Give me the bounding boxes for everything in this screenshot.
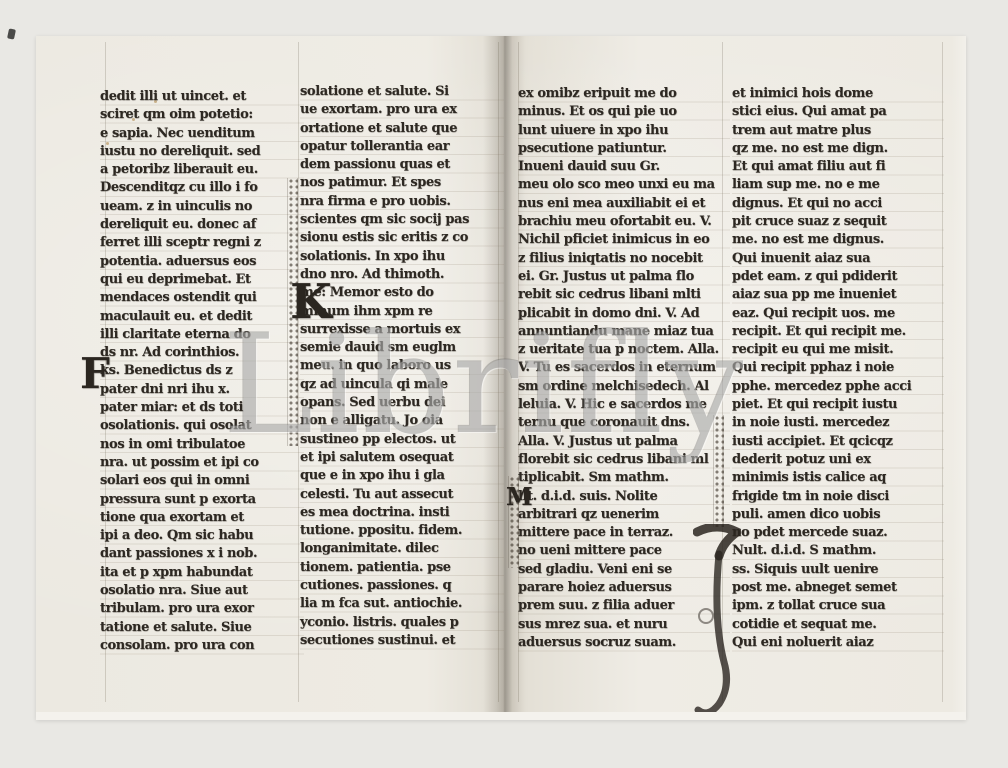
manuscript-text-line: pdet eam. z qui pdiderit bbox=[732, 268, 944, 286]
manuscript-text-line: ue exortam. pro ura ex bbox=[300, 101, 504, 119]
manuscript-text-line: ex omibz eripuit me do bbox=[518, 85, 730, 103]
manuscript-text-line: me. no est me dignus. bbox=[732, 231, 944, 249]
manuscript-text-line: Nult. d.i.d. S mathm. bbox=[732, 542, 944, 560]
manuscript-text-line: ipm. z tollat cruce sua bbox=[732, 597, 944, 615]
manuscript-text-line: non e alligatu. Jo oia bbox=[300, 412, 504, 430]
manuscript-text-line: meu. in quo laboro us bbox=[300, 357, 504, 375]
manuscript-text-line: que e in xpo ihu i gla bbox=[300, 467, 504, 485]
manuscript-text-line: ss. Siquis uult uenire bbox=[732, 561, 944, 579]
penwork-chain bbox=[713, 415, 724, 527]
manuscript-text-line: rebit sic cedrus libani mlti bbox=[518, 286, 730, 304]
manuscript-text-line: solatione et salute. Si bbox=[300, 83, 504, 101]
manuscript-text-line: nra. ut possim et ipi co bbox=[100, 454, 304, 472]
manuscript-text-line: dedit illi ut uincet. et bbox=[100, 88, 304, 106]
manuscript-text-line: plicabit in domo dni. V. Ad bbox=[518, 305, 730, 323]
manuscript-text-line: llt. d.i.d. suis. Nolite bbox=[518, 488, 730, 506]
manuscript-text-line: tiplicabit. Sm mathm. bbox=[518, 469, 730, 487]
manuscript-text-line: post me. abneget semet bbox=[732, 579, 944, 597]
text-column-2: solatione et salute. Siue exortam. pro u… bbox=[300, 83, 504, 650]
manuscript-text-line: nra firma e pro uobis. bbox=[300, 193, 504, 211]
manuscript-text-line: Et qui amat filiu aut fi bbox=[732, 158, 944, 176]
manuscript-text-line: ei. Gr. Justus ut palma flo bbox=[518, 268, 730, 286]
manuscript-text-line: scientes qm sic socij pas bbox=[300, 211, 504, 229]
border-speck bbox=[7, 28, 16, 39]
manuscript-text-line: iustu no dereliquit. sed bbox=[100, 143, 304, 161]
manuscript-text-line: opatur tollerantia ear bbox=[300, 138, 504, 156]
manuscript-text-line: psecutione patiuntur. bbox=[518, 140, 730, 158]
illuminated-initial-M: M bbox=[506, 486, 533, 508]
manuscript-text-line: semie dauid sm euglm bbox=[300, 339, 504, 357]
manuscript-text-line: sionu estis sic eritis z co bbox=[300, 229, 504, 247]
manuscript-text-line: no pdet mercede suaz. bbox=[732, 524, 944, 542]
manuscript-text-line: osolatio nra. Siue aut bbox=[100, 582, 304, 600]
manuscript-text-line: eaz. Qui recipit uos. me bbox=[732, 305, 944, 323]
text-column-1: dedit illi ut uincet. etsciret qm oim po… bbox=[100, 88, 304, 655]
manuscript-text-line: ternu que coronauit dns. bbox=[518, 414, 730, 432]
manuscript-text-line: florebit sic cedrus libani ml bbox=[518, 451, 730, 469]
manuscript-text-line: minus. Et os qui pie uo bbox=[518, 103, 730, 121]
manuscript-text-line: tatione et salute. Siue bbox=[100, 619, 304, 637]
manuscript-text-line: ferret illi sceptr regni z bbox=[100, 234, 304, 252]
manuscript-text-line: qz me. no est me dign. bbox=[732, 140, 944, 158]
manuscript-text-line: lia m fca sut. antiochie. bbox=[300, 595, 504, 613]
manuscript-text-line: sciret qm oim potetio: bbox=[100, 106, 304, 124]
manuscript-text-line: maculauit eu. et dedit bbox=[100, 308, 304, 326]
manuscript-text-line: solari eos qui in omni bbox=[100, 472, 304, 490]
manuscript-text-line: opans. Sed uerbu dei bbox=[300, 394, 504, 412]
manuscript-text-line: recipit. Et qui recipit me. bbox=[732, 323, 944, 341]
manuscript-photo: dedit illi ut uincet. etsciret qm oim po… bbox=[36, 36, 966, 720]
manuscript-text-line: tione qua exortam et bbox=[100, 509, 304, 527]
manuscript-text-line: tutione. ppositu. fidem. bbox=[300, 522, 504, 540]
manuscript-text-line: mendaces ostendit qui bbox=[100, 289, 304, 307]
manuscript-text-line: dederit potuz uni ex bbox=[732, 451, 944, 469]
manuscript-text-line: es mea doctrina. insti bbox=[300, 504, 504, 522]
manuscript-text-line: iusti accipiet. Et qcicqz bbox=[732, 433, 944, 451]
manuscript-text-line: Qui recipit pphaz i noie bbox=[732, 359, 944, 377]
manuscript-text-line: dant passiones x i nob. bbox=[100, 545, 304, 563]
manuscript-text-line: pater miar: et ds toti bbox=[100, 399, 304, 417]
manuscript-text-line: ds nr. Ad corinthios. bbox=[100, 344, 304, 362]
manuscript-text-line: a petoribz liberauit eu. bbox=[100, 161, 304, 179]
manuscript-text-line: sustineo pp electos. ut bbox=[300, 431, 504, 449]
manuscript-text-line: tribulam. pro ura exor bbox=[100, 600, 304, 618]
manuscript-text-line: et ipi salutem osequat bbox=[300, 449, 504, 467]
manuscript-text-line: pressura sunt p exorta bbox=[100, 491, 304, 509]
manuscript-text-line: ita et p xpm habundat bbox=[100, 564, 304, 582]
manuscript-text-line: ipi a deo. Qm sic habu bbox=[100, 527, 304, 545]
manuscript-text-line: yconio. listris. quales p bbox=[300, 614, 504, 632]
manuscript-text-line: consolam. pro ura con bbox=[100, 637, 304, 655]
manuscript-text-line: et inimici hois dome bbox=[732, 85, 944, 103]
manuscript-text-line: Inueni dauid suu Gr. bbox=[518, 158, 730, 176]
manuscript-text-line: z ueritate tua p noctem. Alla. bbox=[518, 341, 730, 359]
manuscript-text-line: longanimitate. dilec bbox=[300, 540, 504, 558]
manuscript-text-line: annuntiandu mane miaz tua bbox=[518, 323, 730, 341]
flourished-initial-J bbox=[693, 524, 741, 720]
manuscript-text-line: arbitrari qz uenerim bbox=[518, 506, 730, 524]
manuscript-text-line: dem passionu quas et bbox=[300, 156, 504, 174]
manuscript-text-line: in noie iusti. mercedez bbox=[732, 414, 944, 432]
manuscript-text-line: qz ad uincula qi male bbox=[300, 376, 504, 394]
manuscript-text-line: leluia. V. Hic e sacerdos me bbox=[518, 396, 730, 414]
manuscript-text-line: brachiu meu ofortabit eu. V. bbox=[518, 213, 730, 231]
manuscript-text-line: sm ordine melchisedech. Al bbox=[518, 378, 730, 396]
manuscript-text-line: aiaz sua pp me inueniet bbox=[732, 286, 944, 304]
manuscript-text-line: secutiones sustinui. et bbox=[300, 632, 504, 650]
manuscript-text-line: nos in omi tribulatoe bbox=[100, 436, 304, 454]
manuscript-text-line: dereliquit eu. donec af bbox=[100, 216, 304, 234]
manuscript-text-line: Qui eni noluerit aiaz bbox=[732, 634, 944, 652]
manuscript-text-line: recipit eu qui me misit. bbox=[732, 341, 944, 359]
manuscript-text-line: pit cruce suaz z sequit bbox=[732, 213, 944, 231]
manuscript-text-line: Alla. V. Justus ut palma bbox=[518, 433, 730, 451]
manuscript-text-line: cotidie et sequat me. bbox=[732, 616, 944, 634]
manuscript-text-line: dignus. Et qui no acci bbox=[732, 195, 944, 213]
manuscript-text-line: potentia. aduersus eos bbox=[100, 253, 304, 271]
manuscript-text-line: osolationis. qui osolat bbox=[100, 417, 304, 435]
manuscript-text-line: solationis. In xpo ihu bbox=[300, 248, 504, 266]
illuminated-initial-K: K bbox=[290, 280, 332, 324]
manuscript-text-line: liam sup me. no e me bbox=[732, 176, 944, 194]
manuscript-text-line: piet. Et qui recipit iustu bbox=[732, 396, 944, 414]
manuscript-text-line: nos patimur. Et spes bbox=[300, 174, 504, 192]
manuscript-text-line: tionem. patientia. pse bbox=[300, 559, 504, 577]
text-column-4: et inimici hois domestici eius. Qui amat… bbox=[732, 85, 944, 652]
manuscript-text-line: V. Tu es sacerdos in eternum bbox=[518, 359, 730, 377]
manuscript-text-line: Nichil pficiet inimicus in eo bbox=[518, 231, 730, 249]
manuscript-text-line: cutiones. passiones. q bbox=[300, 577, 504, 595]
manuscript-text-line: minimis istis calice aq bbox=[732, 469, 944, 487]
manuscript-text-line: pphe. mercedez pphe acci bbox=[732, 378, 944, 396]
illuminated-initial-F: F bbox=[80, 354, 110, 394]
manuscript-text-line: celesti. Tu aut assecut bbox=[300, 486, 504, 504]
manuscript-text-line: pater dni nri ihu x. bbox=[100, 381, 304, 399]
manuscript-text-line: Descenditqz cu illo i fo bbox=[100, 179, 304, 197]
manuscript-text-line: e sapia. Nec uenditum bbox=[100, 125, 304, 143]
manuscript-text-line: lunt uiuere in xpo ihu bbox=[518, 122, 730, 140]
manuscript-text-line: trem aut matre plus bbox=[732, 122, 944, 140]
manuscript-text-line: frigide tm in noie disci bbox=[732, 488, 944, 506]
manuscript-text-line: z filius iniqtatis no nocebit bbox=[518, 250, 730, 268]
manuscript-text-line: nus eni mea auxiliabit ei et bbox=[518, 195, 730, 213]
manuscript-text-line: puli. amen dico uobis bbox=[732, 506, 944, 524]
manuscript-text-line: stici eius. Qui amat pa bbox=[732, 103, 944, 121]
manuscript-text-line: illi claritate eterna do bbox=[100, 326, 304, 344]
manuscript-text-line: meu olo sco meo unxi eu ma bbox=[518, 176, 730, 194]
photo-canvas: dedit illi ut uincet. etsciret qm oim po… bbox=[0, 0, 1008, 768]
manuscript-text-line: ueam. z in uinculis no bbox=[100, 198, 304, 216]
manuscript-text-line: qui eu deprimebat. Et bbox=[100, 271, 304, 289]
manuscript-text-line: Qui inuenit aiaz sua bbox=[732, 250, 944, 268]
manuscript-text-line: ks. Benedictus ds z bbox=[100, 362, 304, 380]
manuscript-text-line: ortatione et salute que bbox=[300, 120, 504, 138]
